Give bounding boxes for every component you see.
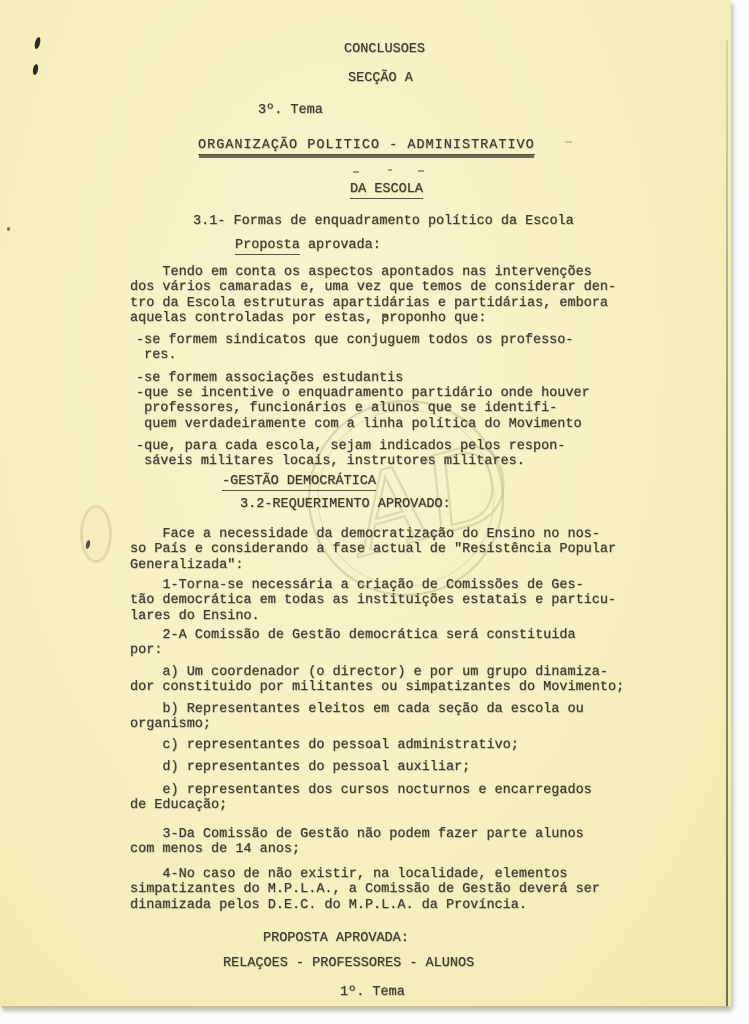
doc-heading-conclusoes: CONCLUSOES <box>344 42 425 57</box>
proposta-word: Proposta <box>235 238 300 255</box>
bullet-sindicatos: -se formem sindicatos que conjuguem todo… <box>136 333 573 364</box>
paragraph-sub-b: b) Representantes eleitos em cada seção … <box>130 702 584 733</box>
paper-right-edge <box>726 40 728 1006</box>
paragraph-sub-a: a) Um coordenador (o director) e por um … <box>130 665 624 696</box>
section-31-heading: 3.1- Formas de enquadramento político da… <box>193 214 574 229</box>
paragraph-sub-c: c) representantes do pessoal administrat… <box>130 738 519 753</box>
paragraph-sub-d: d) representantes do pessoal auxiliar; <box>130 760 470 775</box>
bullet-instrutores: -que, para cada escola, sejam indicados … <box>136 439 565 470</box>
footer-relacoes: RELAÇOES - PROFESSORES - ALUNOS <box>223 956 474 971</box>
doc-subtitle-text: DA ESCOLA <box>350 182 423 199</box>
paper-mark <box>353 171 359 173</box>
proposta-rest: aprovada: <box>300 238 381 253</box>
gestao-democratica-text: -GESTÃO DEMOCRÁTICA <box>222 474 376 491</box>
bullet-associacoes: -se formem associações estudantis <box>136 371 403 386</box>
gestao-democratica-heading: -GESTÃO DEMOCRÁTICA <box>222 474 376 489</box>
ink-speck <box>7 227 10 231</box>
scanned-document: AD CONCLUSOES SECÇÃO A 3º. Tema ORGANIZA… <box>0 0 749 1024</box>
paragraph-item1: 1-Torna-se necessária a criação de Comis… <box>130 578 616 624</box>
doc-subtitle: DA ESCOLA <box>350 182 423 197</box>
section-32-heading: 3.2-REQUERIMENTO APROVADO: <box>240 497 451 512</box>
paper-mark <box>418 170 424 172</box>
paragraph-item2: 2-A Comissão de Gestão democrática será … <box>130 628 576 659</box>
proposta-aprovada-line: Proposta aprovada: <box>235 238 381 253</box>
paper-mark <box>388 169 392 171</box>
paper-stain <box>80 505 112 563</box>
doc-heading-seccao: SECÇÃO A <box>348 71 413 86</box>
paper-bottom-edge <box>2 1006 729 1008</box>
doc-main-title-text: ORGANIZAÇÃO POLITICO - ADMINISTRATIVO <box>198 138 535 155</box>
bullet-enquadramento: -que se incentive o enquadramento partid… <box>136 386 590 432</box>
ink-speck <box>34 37 42 50</box>
paragraph-intro: Tendo em conta os aspectos apontados nas… <box>130 265 616 326</box>
paragraph-item3: 3-Da Comissão de Gestão não podem fazer … <box>130 827 584 858</box>
paper-sheet: AD CONCLUSOES SECÇÃO A 3º. Tema ORGANIZA… <box>0 0 731 1008</box>
paragraph-item4: 4-No caso de não existir, na localidade,… <box>130 867 600 913</box>
ink-speck <box>32 64 39 76</box>
doc-main-title: ORGANIZAÇÃO POLITICO - ADMINISTRATIVO <box>198 138 535 153</box>
paragraph-sub-e: e) representantes dos cursos nocturnos e… <box>130 783 592 814</box>
footer-tema-1: 1º. Tema <box>340 985 405 1000</box>
doc-tema-3: 3º. Tema <box>258 103 323 118</box>
paragraph-face: Face a necessidade da democratização do … <box>130 527 616 573</box>
paper-mark <box>565 141 572 143</box>
footer-proposta-aprovada: PROPOSTA APROVADA: <box>263 931 409 946</box>
